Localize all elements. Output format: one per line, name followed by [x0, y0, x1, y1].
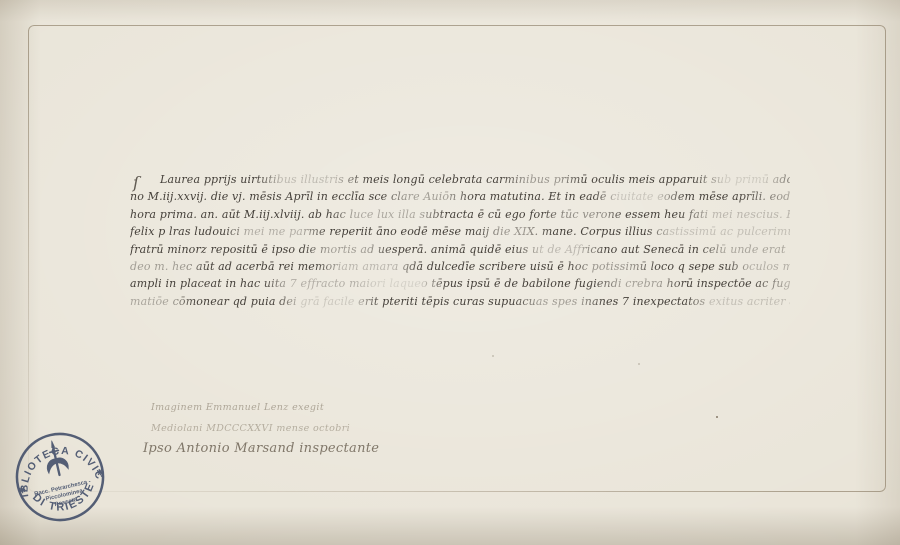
manuscript-line: matiōe cōmonear qd puia dei grā facile e… — [130, 293, 790, 310]
caption-engraver: Imaginem Emmanuel Lenz exegit — [151, 402, 324, 413]
paper-speck — [716, 416, 718, 418]
manuscript-line: ampli in placeat in hac uita 7 effracto … — [130, 275, 790, 292]
paper-speck — [251, 447, 253, 449]
manuscript-line: no M.iij.xxvij. die vj. mēsis Aprīl in e… — [130, 188, 790, 205]
paper-speck — [638, 363, 640, 365]
manuscript-line: Laurea pprijs uirtutibus illustris et me… — [130, 171, 790, 188]
paper-speck — [492, 355, 494, 357]
caption-supervisor: Ipso Antonio Marsand inspectante — [143, 441, 379, 456]
manuscript-line: deo m. hec aūt ad acerbā rei memoriam am… — [130, 258, 790, 275]
facsimile-scan: ſ Laurea pprijs uirtutibus illustris et … — [0, 0, 900, 545]
manuscript-line: hora prima. an. aūt M.iij.xlviij. ab hac… — [130, 206, 790, 223]
manuscript-text: ſ Laurea pprijs uirtutibus illustris et … — [130, 171, 790, 310]
manuscript-line: felix p lras ludouici mei me parme reper… — [130, 223, 790, 240]
caption-place-date: Mediolani MDCCCXXVI mense octobri — [151, 423, 350, 434]
manuscript-line: fratrū minorz repositū ē ipso die mortis… — [130, 241, 790, 258]
